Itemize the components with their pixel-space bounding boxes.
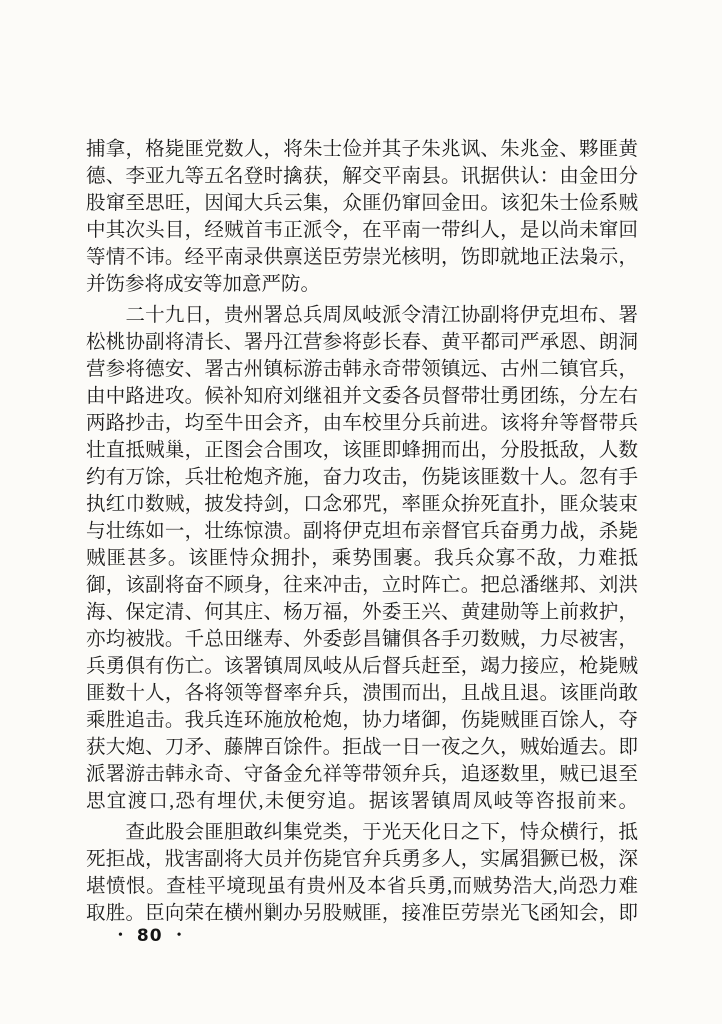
text-line: 捕拿，格毙匪党数人，将朱士俭并其子朱兆讽、朱兆金、夥匪黄	[86, 136, 638, 163]
text-line: 执红巾数贼，披发持剑，口念邪咒，率匪众拚死直扑，匪众装束	[86, 491, 638, 518]
text-line: 约有万馀，兵壮枪炮齐施，奋力攻击，伤毙该匪数十人。忽有手	[86, 464, 638, 491]
text-line: 与壮练如一，壮练惊溃。副将伊克坦布亲督官兵奋勇力战，杀毙	[86, 518, 638, 545]
text-line: 获大炮、刀矛、藤牌百馀件。拒战一日一夜之久，贼始遁去。即	[86, 734, 638, 761]
text-line: 并饬参将成安等加意严防。	[86, 271, 638, 298]
text-line: 思宜渡口,恐有埋伏,未便穷追。据该署镇周凤岐等咨报前来。	[86, 788, 638, 815]
text-line: 两路抄击，均至牛田会齐，由车校里分兵前进。该将弁等督带兵	[86, 410, 638, 437]
body-text: 捕拿，格毙匪党数人，将朱士俭并其子朱兆讽、朱兆金、夥匪黄德、李亚九等五名登时擒获…	[86, 136, 638, 927]
text-line: 御，该副将奋不顾身，往来冲击，立时阵亡。把总潘继邦、刘洪	[86, 572, 638, 599]
paragraph: 二十九日，贵州署总兵周凤岐派令清江协副将伊克坦布、署松桃协副将清长、署丹江营参将…	[86, 302, 638, 815]
text-line: 由中路进攻。候补知府刘继祖并文委各员督带壮勇团练，分左右	[86, 383, 638, 410]
text-line: 匪数十人，各将领等督率弁兵，溃围而出，且战且退。该匪尚敢	[86, 680, 638, 707]
text-line: 乘胜追击。我兵连环施放枪炮，协力堵御，伤毙贼匪百馀人，夺	[86, 707, 638, 734]
text-line: 死拒战，戕害副将大员并伤毙官弁兵勇多人，实属猖獗已极，深	[86, 846, 638, 873]
text-line: 中其次头目，经贼首韦正派令，在平南一带纠人，是以尚未窜回	[86, 217, 638, 244]
footer-bullet-right-icon: •	[177, 926, 182, 946]
paragraph: 捕拿，格毙匪党数人，将朱士俭并其子朱兆讽、朱兆金、夥匪黄德、李亚九等五名登时擒获…	[86, 136, 638, 298]
text-line: 派署游击韩永奇、守备金允祥等带领弁兵，追逐数里，贼已退至	[86, 761, 638, 788]
text-line: 松桃协副将清长、署丹江营参将彭长春、黄平都司严承恩、朗洞	[86, 329, 638, 356]
text-line: 等情不讳。经平南录供禀送臣劳崇光核明，饬即就地正法枭示，	[86, 244, 638, 271]
text-line: 取胜。臣向荣在横州剿办另股贼匪，接准臣劳崇光飞函知会，即	[86, 900, 638, 927]
text-line: 亦均被戕。千总田继寿、外委彭昌镛俱各手刃数贼，力尽被害，	[86, 626, 638, 653]
footer-bullet-left-icon: •	[118, 926, 123, 946]
text-line: 德、李亚九等五名登时擒获，解交平南县。讯据供认：由金田分	[86, 163, 638, 190]
text-line: 二十九日，贵州署总兵周凤岐派令清江协副将伊克坦布、署	[86, 302, 638, 329]
paragraph: 查此股会匪胆敢纠集党类，于光天化日之下，恃众横行，抵死拒战，戕害副将大员并伤毙官…	[86, 819, 638, 927]
text-line: 股窜至思旺，因闻大兵云集，众匪仍窜回金田。该犯朱士俭系贼	[86, 190, 638, 217]
page-footer: • 80 •	[118, 926, 181, 946]
scanned-book-page: 捕拿，格毙匪党数人，将朱士俭并其子朱兆讽、朱兆金、夥匪黄德、李亚九等五名登时擒获…	[0, 0, 722, 1024]
text-line: 壮直抵贼巢，正图会合围攻，该匪即蜂拥而出，分股抵敌，人数	[86, 437, 638, 464]
text-line: 兵勇俱有伤亡。该署镇周凤岐从后督兵赶至，竭力接应，枪毙贼	[86, 653, 638, 680]
text-line: 营参将德安、署古州镇标游击韩永奇带领镇远、古州二镇官兵，	[86, 356, 638, 383]
text-line: 堪愤恨。查桂平境现虽有贵州及本省兵勇,而贼势浩大,尚恐力难	[86, 873, 638, 900]
page-number: 80	[137, 926, 163, 946]
text-line: 查此股会匪胆敢纠集党类，于光天化日之下，恃众横行，抵	[86, 819, 638, 846]
text-line: 海、保定清、何其庄、杨万福，外委王兴、黄建勋等上前救护，	[86, 599, 638, 626]
text-line: 贼匪甚多。该匪恃众拥扑，乘势围裹。我兵众寡不敌，力难抵	[86, 545, 638, 572]
